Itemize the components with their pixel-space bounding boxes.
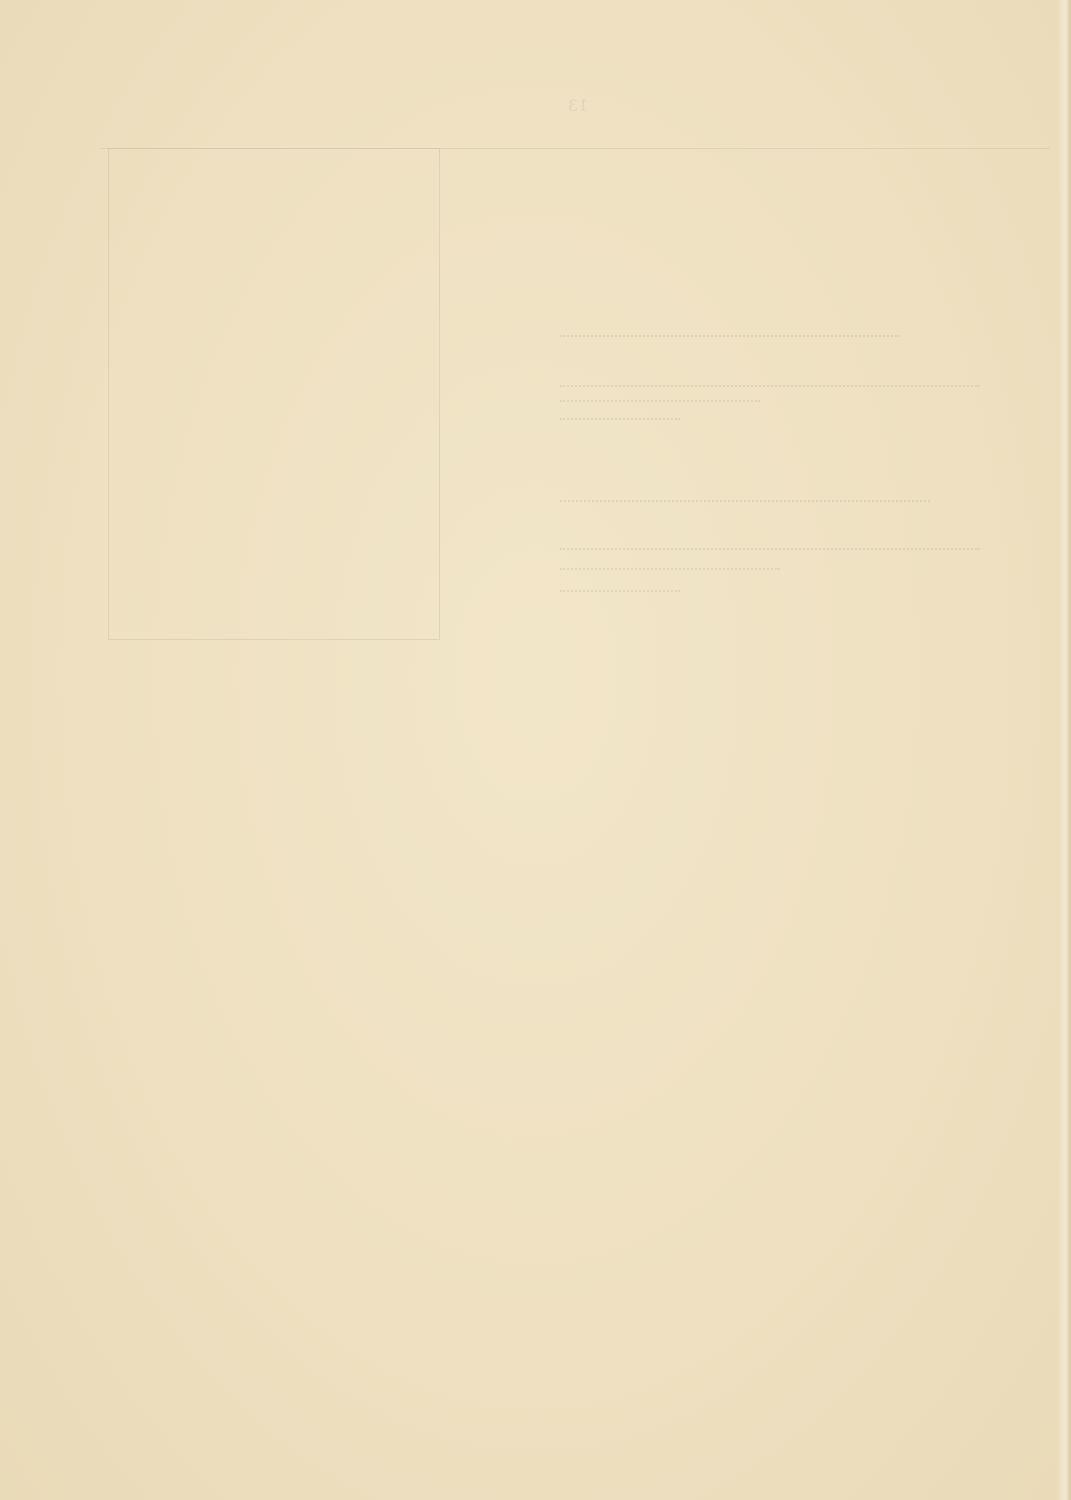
ghost-text-line [560, 500, 930, 502]
ghost-page-number: 13 [568, 96, 588, 115]
ghost-table-showthrough [108, 148, 440, 640]
ghost-text-line [560, 335, 900, 337]
ghost-text-line [560, 568, 780, 570]
ghost-text-line [560, 590, 680, 592]
ghost-text-line [560, 548, 980, 550]
ghost-text-line [560, 385, 980, 387]
ghost-text-line [560, 400, 760, 402]
ghost-text-line [560, 418, 680, 420]
blank-page: 13 [0, 0, 1071, 1500]
page-edge [1057, 0, 1071, 1500]
